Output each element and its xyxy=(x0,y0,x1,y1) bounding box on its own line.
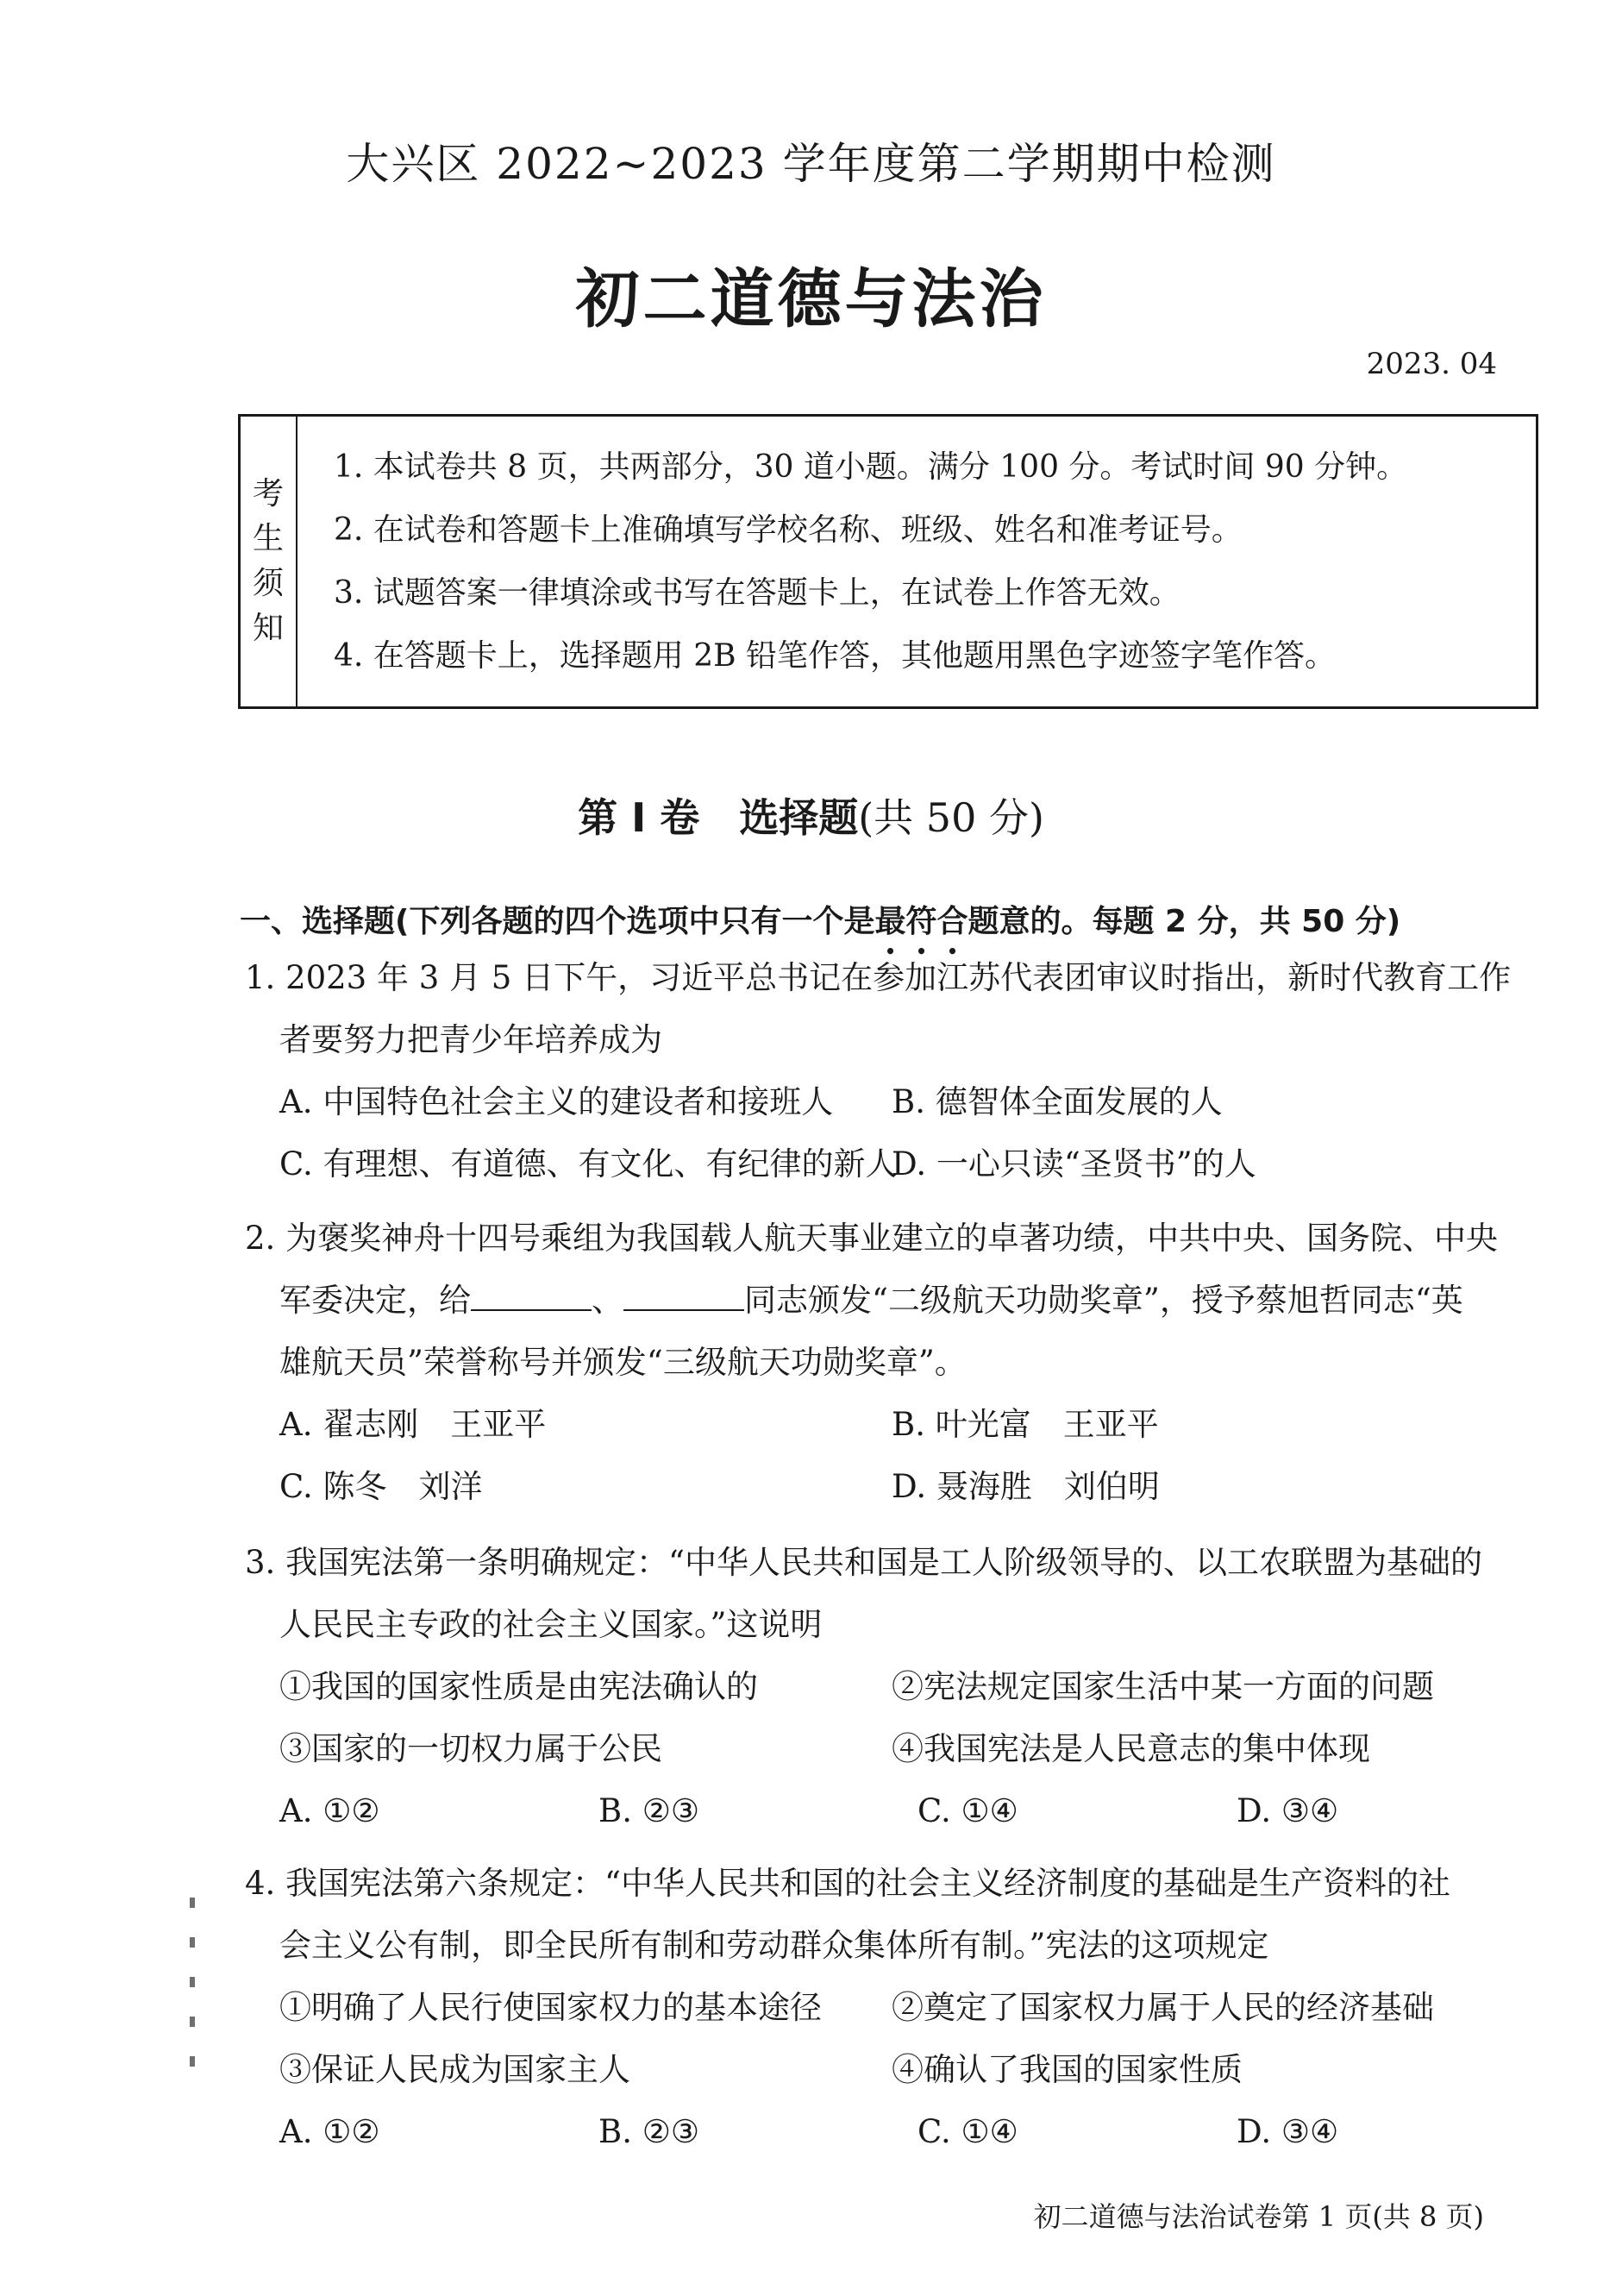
question-2: 2. 为褒奖神舟十四号乘组为我国载人航天事业建立的卓著功绩，中共中央、国务院、中… xyxy=(245,1208,1556,1518)
binding-margin-marks xyxy=(190,1898,195,2096)
option-b: B. 德智体全面发展的人 xyxy=(892,1071,1223,1133)
question-stem: 2. 为褒奖神舟十四号乘组为我国载人航天事业建立的卓著功绩，中共中央、国务院、中… xyxy=(245,1208,1556,1270)
notice-label-char: 生 xyxy=(253,517,284,561)
question-stem: 人民民主专政的社会主义国家。”这说明 xyxy=(245,1594,1556,1656)
answer-blank xyxy=(471,1275,592,1311)
notice-label-char: 考 xyxy=(253,472,284,517)
notice-item: 1. 本试卷共 8 页，共两部分，30 道小题。满分 100 分。考试时间 90… xyxy=(334,436,1536,499)
candidate-notice-box: 考 生 须 知 1. 本试卷共 8 页，共两部分，30 道小题。满分 100 分… xyxy=(238,414,1538,709)
notice-item: 2. 在试卷和答题卡上准确填写学校名称、班级、姓名和准考证号。 xyxy=(334,499,1536,561)
question-stem: 军委决定，给、同志颁发“二级航天功勋奖章”，授予蔡旭哲同志“英 xyxy=(245,1270,1556,1332)
option-d: D. ③④ xyxy=(1237,1780,1338,1842)
statement-4: ④我国宪法是人民意志的集中体现 xyxy=(892,1718,1370,1780)
statement-2: ②奠定了国家权力属于人民的经济基础 xyxy=(892,1977,1434,2039)
notice-label: 考 生 须 知 xyxy=(241,417,297,706)
notice-label-char: 须 xyxy=(253,561,284,606)
stem-text: 、 xyxy=(592,1282,623,1319)
question-stem: 者要努力把青少年培养成为 xyxy=(245,1009,1556,1071)
option-a: A. ①② xyxy=(279,2101,598,2163)
question-1: 1. 2023 年 3 月 5 日下午，习近平总书记在参加江苏代表团审议时指出，… xyxy=(245,947,1556,1195)
option-c: C. 陈冬 刘洋 xyxy=(279,1456,892,1518)
option-row: C. 有理想、有道德、有文化、有纪律的新人 D. 一心只读“圣贤书”的人 xyxy=(245,1133,1556,1195)
option-b: B. ②③ xyxy=(598,1780,917,1842)
option-c: C. ①④ xyxy=(917,2101,1237,2163)
option-row: A. 中国特色社会主义的建设者和接班人 B. 德智体全面发展的人 xyxy=(245,1071,1556,1133)
option-a: A. 中国特色社会主义的建设者和接班人 xyxy=(279,1071,892,1133)
option-row: A. 翟志刚 王亚平 B. 叶光富 王亚平 xyxy=(245,1394,1556,1456)
option-row: A. ①② B. ②③ C. ①④ D. ③④ xyxy=(245,2101,1556,2163)
notice-item: 3. 试题答案一律填涂或书写在答题卡上，在试卷上作答无效。 xyxy=(334,561,1536,624)
question-stem: 雄航天员”荣誉称号并颁发“三级航天功勋奖章”。 xyxy=(245,1332,1556,1394)
option-d: D. ③④ xyxy=(1237,2101,1338,2163)
option-b: B. 叶光富 王亚平 xyxy=(892,1394,1159,1456)
statement-row: ③保证人民成为国家主人 ④确认了我国的国家性质 xyxy=(245,2039,1556,2101)
section-title-text: 第 I 卷 选择题 xyxy=(578,794,858,841)
question-stem: 4. 我国宪法第六条规定：“中华人民共和国的社会主义经济制度的基础是生产资料的社 xyxy=(245,1853,1556,1915)
option-row: A. ①② B. ②③ C. ①④ D. ③④ xyxy=(245,1780,1556,1842)
answer-blank xyxy=(623,1275,744,1311)
question-4: 4. 我国宪法第六条规定：“中华人民共和国的社会主义经济制度的基础是生产资料的社… xyxy=(245,1853,1556,2163)
exam-date: 2023. 04 xyxy=(1367,347,1497,381)
option-b: B. ②③ xyxy=(598,2101,917,2163)
option-d: D. 一心只读“圣贤书”的人 xyxy=(892,1133,1256,1195)
statement-2: ②宪法规定国家生活中某一方面的问题 xyxy=(892,1656,1434,1718)
option-a: A. ①② xyxy=(279,1780,598,1842)
notice-label-char: 知 xyxy=(253,606,284,651)
exam-subtitle: 大兴区 2022~2023 学年度第二学期期中检测 xyxy=(0,129,1622,191)
section-title: 第 I 卷 选择题(共 50 分) xyxy=(0,787,1622,844)
stem-text: 同志颁发“二级航天功勋奖章”，授予蔡旭哲同志“英 xyxy=(744,1282,1463,1319)
statement-3: ③保证人民成为国家主人 xyxy=(279,2039,892,2101)
statement-row: ③国家的一切权力属于公民 ④我国宪法是人民意志的集中体现 xyxy=(245,1718,1556,1780)
section-instruction: 一、选择题(下列各题的四个选项中只有一个是最符合题意的。每题 2 分，共 50 … xyxy=(240,897,1400,941)
option-row: C. 陈冬 刘洋 D. 聂海胜 刘伯明 xyxy=(245,1456,1556,1518)
notice-items: 1. 本试卷共 8 页，共两部分，30 道小题。满分 100 分。考试时间 90… xyxy=(297,417,1536,706)
notice-item: 4. 在答题卡上，选择题用 2B 铅笔作答，其他题用黑色字迹签字笔作答。 xyxy=(334,624,1536,687)
question-stem: 1. 2023 年 3 月 5 日下午，习近平总书记在参加江苏代表团审议时指出，… xyxy=(245,947,1556,1009)
statement-row: ①我国的国家性质是由宪法确认的 ②宪法规定国家生活中某一方面的问题 xyxy=(245,1656,1556,1718)
option-a: A. 翟志刚 王亚平 xyxy=(279,1394,892,1456)
instruction-text: 一、选择题(下列各题的四个选项中只有一个是 xyxy=(240,904,874,939)
statement-4: ④确认了我国的国家性质 xyxy=(892,2039,1243,2101)
statement-3: ③国家的一切权力属于公民 xyxy=(279,1718,892,1780)
exam-title: 初二道德与法治 xyxy=(0,248,1622,340)
stem-text: 军委决定，给 xyxy=(279,1282,471,1319)
option-c: C. ①④ xyxy=(917,1780,1237,1842)
page-footer: 初二道德与法治试卷第 1 页(共 8 页) xyxy=(1034,2195,1484,2235)
question-stem: 3. 我国宪法第一条明确规定：“中华人民共和国是工人阶级领导的、以工农联盟为基础… xyxy=(245,1532,1556,1594)
option-d: D. 聂海胜 刘伯明 xyxy=(892,1456,1160,1518)
emphasis-char: 合 xyxy=(937,904,968,939)
instruction-text: 题意的。每题 2 分，共 50 分) xyxy=(968,904,1401,939)
emphasis-char: 最 xyxy=(874,904,905,939)
option-c: C. 有理想、有道德、有文化、有纪律的新人 xyxy=(279,1133,892,1195)
question-stem: 会主义公有制，即全民所有制和劳动群众集体所有制。”宪法的这项规定 xyxy=(245,1915,1556,1977)
section-points: (共 50 分) xyxy=(858,794,1044,841)
statement-1: ①我国的国家性质是由宪法确认的 xyxy=(279,1656,892,1718)
question-3: 3. 我国宪法第一条明确规定：“中华人民共和国是工人阶级领导的、以工农联盟为基础… xyxy=(245,1532,1556,1842)
emphasis-char: 符 xyxy=(905,904,936,939)
statement-row: ①明确了人民行使国家权力的基本途径 ②奠定了国家权力属于人民的经济基础 xyxy=(245,1977,1556,2039)
statement-1: ①明确了人民行使国家权力的基本途径 xyxy=(279,1977,892,2039)
